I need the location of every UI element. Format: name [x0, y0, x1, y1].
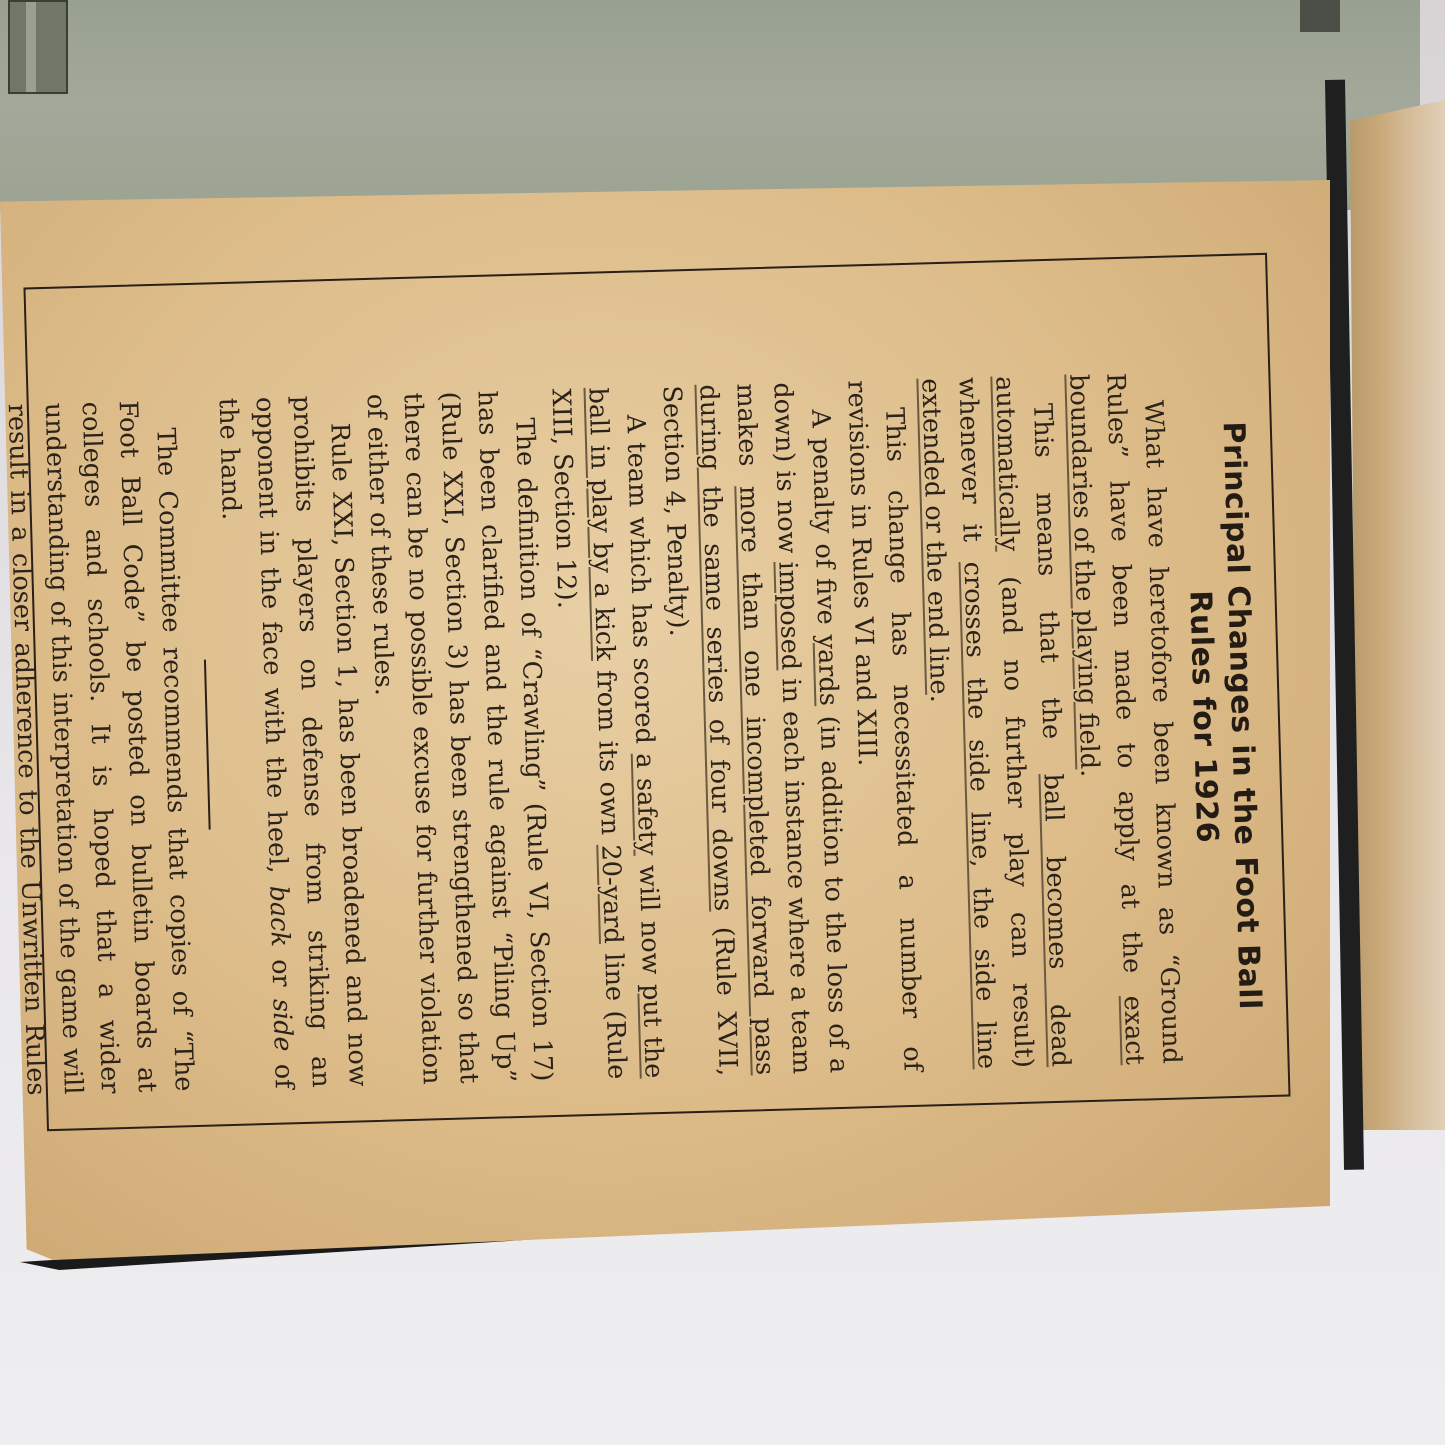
text-run: A team which has scored [620, 414, 659, 754]
underlined-text: a safety [630, 753, 663, 856]
paragraph-committee: The Committee recommends that copies of … [0, 399, 202, 1097]
italic-text: back [263, 885, 295, 947]
underlined-text: imposed [772, 561, 805, 670]
underlined-text: yards [811, 634, 843, 706]
text-run: This means that the [1027, 403, 1067, 774]
text-run: What have heretofore been known as “Grou… [1100, 373, 1186, 1065]
paragraph-striking: Rule XXI, Section 1, has been broadened … [209, 394, 376, 1090]
text-run: The definition of “Crawling” (Rule VI, S… [361, 390, 558, 1085]
text-frame: Principal Changes in the Foot Ball Rules… [23, 253, 1290, 1131]
rotated-text-column: Principal Changes in the Foot Ball Rules… [108, 335, 1289, 1127]
closing-paragraph-container: The Committee recommends that copies of … [0, 399, 202, 1097]
endpaper-tab [8, 0, 68, 94]
text-run: will now [633, 855, 667, 984]
paragraph-ground-rules: What have heretofore been known as “Grou… [1059, 372, 1189, 1067]
paragraph-ball-dead: This means that the ball becomes dead au… [911, 375, 1078, 1071]
paragraph-crawling: The definition of “Crawling” (Rule VI, S… [357, 389, 561, 1086]
endpaper-clip [1300, 0, 1340, 32]
paragraph-penalty: A penalty of five yards (in addition to … [652, 381, 856, 1078]
text-run: The Committee recommends that copies of … [0, 400, 199, 1096]
text-run: . [924, 694, 954, 703]
underlined-text: 20-yard [595, 844, 628, 944]
photo-scene: Principal Changes in the Foot Ball Rules… [0, 0, 1445, 1445]
text-run: or [265, 946, 296, 999]
text-run: . [1074, 769, 1104, 778]
text-run: A penalty of five [805, 409, 841, 635]
page-title: Principal Changes in the Foot Ball Rules… [1174, 369, 1269, 1063]
page-stack-edge [1350, 100, 1445, 1130]
text-run: from its own [590, 660, 625, 845]
paragraph-safety: A team which has scored a safety will no… [541, 386, 671, 1081]
paragraph-list: What have heretofore been known as “Grou… [209, 372, 1190, 1091]
italic-text: side [266, 998, 297, 1051]
endpaper [0, 0, 1420, 210]
separator-rule [204, 660, 211, 830]
